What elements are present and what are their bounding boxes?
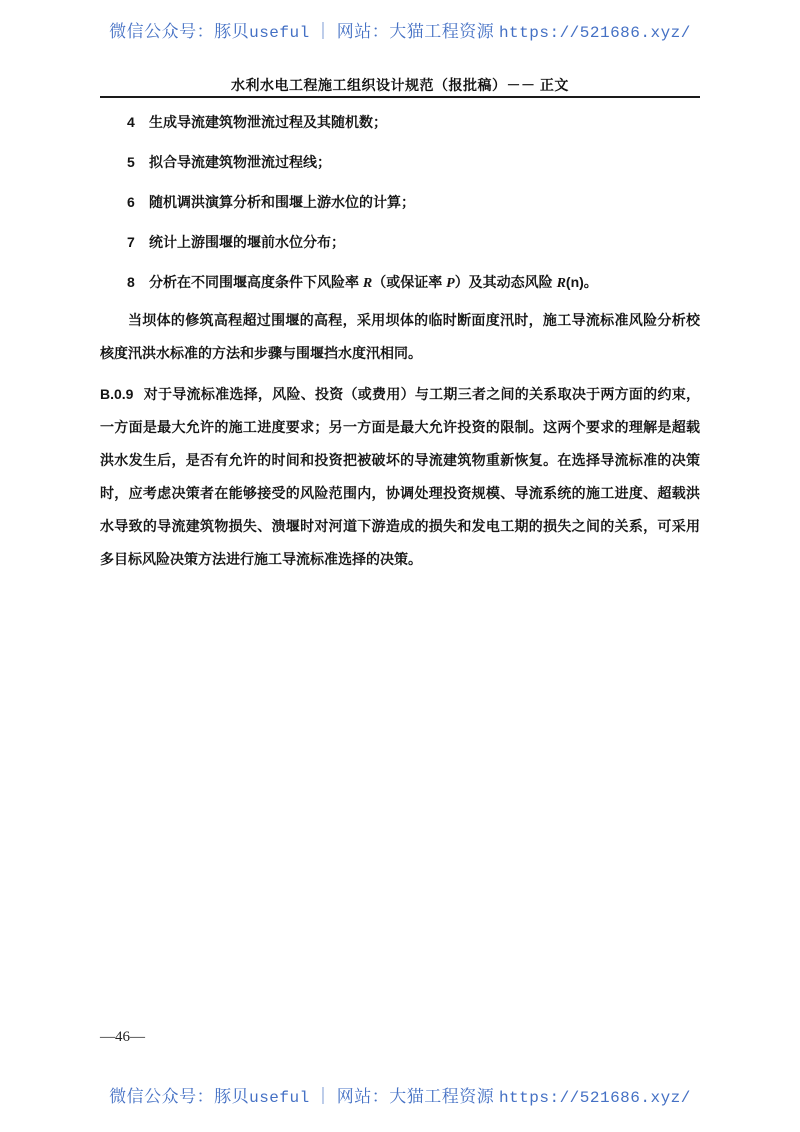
item-text: 生成导流建筑物泄流过程及其随机数； xyxy=(149,114,387,130)
doc-title: 水利水电工程施工组织设计规范（报批稿）－－ 正文 xyxy=(0,75,800,95)
clause-text: 对于导流标准选择，风险、投资（或费用）与工期三者之间的关系取决于两方面的约束， xyxy=(143,386,700,402)
item-text: （或保证率 xyxy=(372,274,446,290)
promo-header-cn1: 微信公众号：豚贝 xyxy=(109,22,249,41)
promo-header-url: https://521686.xyz/ xyxy=(499,24,691,42)
paragraph-line: 一方面是最大允许的施工进度要求；另一方面是最大允许投资的限制。这两个要求的理解是… xyxy=(100,411,700,444)
list-item: 6随机调洪演算分析和围堰上游水位的计算； xyxy=(100,192,700,212)
item-text: 拟合导流建筑物泄流过程线； xyxy=(149,154,331,170)
item-number: 8 xyxy=(127,272,149,292)
paragraph-line: 多目标风险决策方法进行施工导流标准选择的决策。 xyxy=(100,543,700,576)
promo-header-cn2: ｜ 网站：大猫工程资源 xyxy=(310,22,499,41)
list-item: 4生成导流建筑物泄流过程及其随机数； xyxy=(100,112,700,132)
paragraph-line: 核度汛洪水标准的方法和步骤与围堰挡水度汛相同。 xyxy=(100,337,700,370)
item-number: 7 xyxy=(127,232,149,252)
paragraph-line: 水导致的导流建筑物损失、溃堰时对河道下游造成的损失和发电工期的损失之间的关系，可… xyxy=(100,510,700,543)
title-divider xyxy=(100,96,700,98)
paragraph-line: B.0.9对于导流标准选择，风险、投资（或费用）与工期三者之间的关系取决于两方面… xyxy=(100,378,700,411)
list-item: 5拟合导流建筑物泄流过程线； xyxy=(100,152,700,172)
dynamic-risk-symbol: R xyxy=(557,276,566,291)
clause-number: B.0.9 xyxy=(100,386,133,402)
document-body: 4生成导流建筑物泄流过程及其随机数； 5拟合导流建筑物泄流过程线； 6随机调洪演… xyxy=(100,106,700,576)
item-number: 5 xyxy=(127,152,149,172)
risk-rate-symbol: R xyxy=(363,276,372,291)
promo-header: 微信公众号：豚贝useful ｜ 网站：大猫工程资源 https://52168… xyxy=(0,17,800,42)
list-item: 8分析在不同围堰高度条件下风险率 R（或保证率 P）及其动态风险 R(n)。 xyxy=(100,272,700,292)
numbered-list: 4生成导流建筑物泄流过程及其随机数； 5拟合导流建筑物泄流过程线； 6随机调洪演… xyxy=(100,106,700,292)
promo-footer: 微信公众号：豚贝useful ｜ 网站：大猫工程资源 https://52168… xyxy=(0,1082,800,1107)
promo-footer-url: https://521686.xyz/ xyxy=(499,1089,691,1107)
paragraph-line: 时，应考虑决策者在能够接受的风险范围内，协调处理投资规模、导流系统的施工进度、超… xyxy=(100,477,700,510)
item-text: 随机调洪演算分析和围堰上游水位的计算； xyxy=(149,194,415,210)
promo-header-en1: useful xyxy=(249,24,310,42)
item-text: 分析在不同围堰高度条件下风险率 xyxy=(149,274,363,290)
document-page: 微信公众号：豚贝useful ｜ 网站：大猫工程资源 https://52168… xyxy=(0,0,800,1132)
item-text: (n)。 xyxy=(566,274,598,290)
paragraph-line: 洪水发生后，是否有允许的时间和投资把被破坏的导流建筑物重新恢复。在选择导流标准的… xyxy=(100,444,700,477)
promo-footer-cn1: 微信公众号：豚贝 xyxy=(109,1087,249,1106)
promo-footer-en1: useful xyxy=(249,1089,310,1107)
promo-footer-cn2: ｜ 网站：大猫工程资源 xyxy=(310,1087,499,1106)
list-item: 7统计上游围堰的堰前水位分布； xyxy=(100,232,700,252)
paragraph-line: 当坝体的修筑高程超过围堰的高程，采用坝体的临时断面度汛时，施工导流标准风险分析校 xyxy=(100,304,700,337)
paragraph: 当坝体的修筑高程超过围堰的高程，采用坝体的临时断面度汛时，施工导流标准风险分析校… xyxy=(100,304,700,370)
paragraph-b09: B.0.9对于导流标准选择，风险、投资（或费用）与工期三者之间的关系取决于两方面… xyxy=(100,378,700,576)
item-number: 4 xyxy=(127,112,149,132)
assurance-rate-symbol: P xyxy=(446,276,455,291)
item-number: 6 xyxy=(127,192,149,212)
item-text: 统计上游围堰的堰前水位分布； xyxy=(149,234,345,250)
item-text: ）及其动态风险 xyxy=(455,274,557,290)
page-number: —46— xyxy=(100,1029,145,1046)
